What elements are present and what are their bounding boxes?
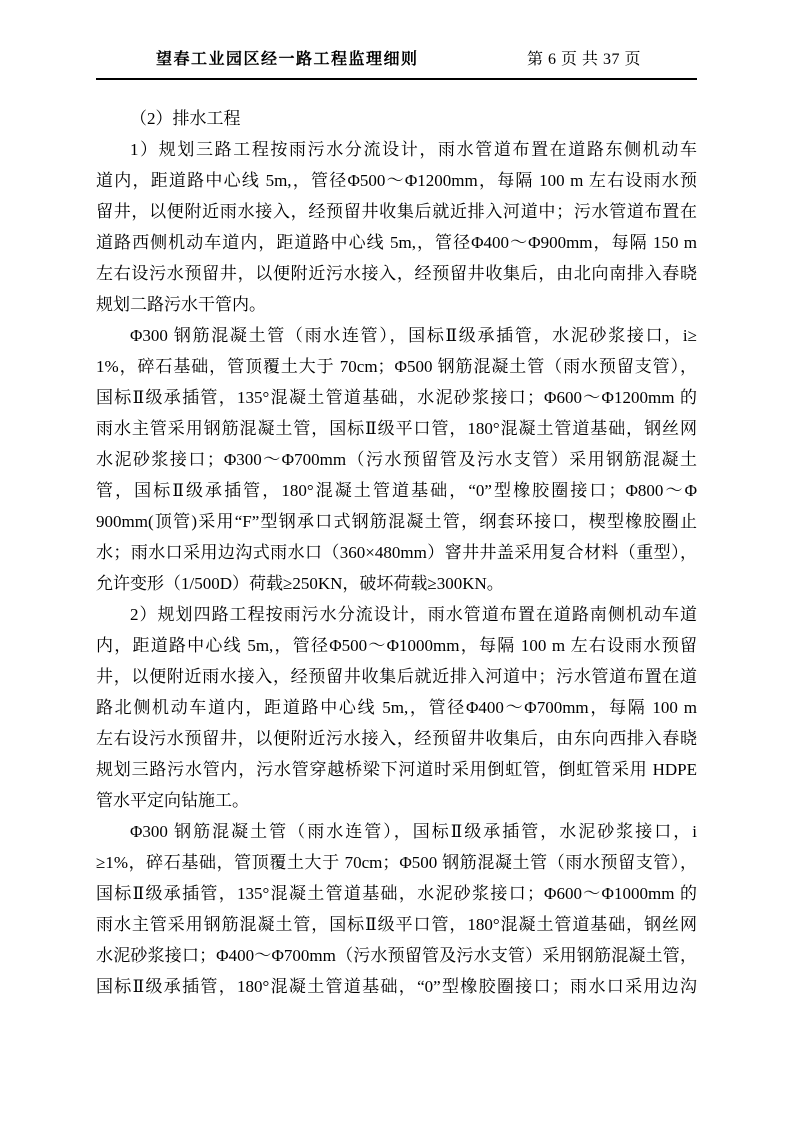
paragraph: 2）规划四路工程按雨污水分流设计，雨水管道布置在道路南侧机动车道内，距道路中心线… (96, 599, 697, 816)
text-line: 管，国标Ⅱ级承插管，180°混凝土管道基础，“0”型橡胶圈接口；Φ800～Φ (96, 475, 697, 506)
text-line: 2）规划四路工程按雨污水分流设计，雨水管道布置在道路南侧机动车道 (96, 599, 697, 630)
text-line: Φ300 钢筋混凝土管（雨水连管），国标Ⅱ级承插管，水泥砂浆接口，i (96, 816, 697, 847)
text-line: 国标Ⅱ级承插管，135°混凝土管道基础，水泥砂浆接口；Φ600～Φ1200mm … (96, 382, 697, 413)
text-line: 道内，距道路中心线 5m,，管径Φ500～Φ1200mm，每隔 100 m 左右… (96, 165, 697, 196)
text-line: 1）规划三路工程按雨污水分流设计，雨水管道布置在道路东侧机动车 (96, 134, 697, 165)
text-line: 井，以便附近雨水接入，经预留井收集后就近排入河道中；污水管道布置在道 (96, 661, 697, 692)
text-line: 900mm(顶管)采用“F”型钢承口式钢筋混凝土管，纲套环接口，楔型橡胶圈止 (96, 506, 697, 537)
text-line: 管水平定向钻施工。 (96, 785, 697, 816)
text-line: 允许变形（1/500D）荷载≥250KN，破坏荷载≥300KN。 (96, 568, 697, 599)
text-line: ≥1%，碎石基础，管顶覆土大于 70cm；Φ500 钢筋混凝土管（雨水预留支管）… (96, 847, 697, 878)
text-line: 水；雨水口采用边沟式雨水口（360×480mm）窨井井盖采用复合材料（重型）， (96, 537, 697, 568)
paragraph: （2）排水工程 (96, 103, 697, 134)
paragraph: Φ300 钢筋混凝土管（雨水连管），国标Ⅱ级承插管，水泥砂浆接口，i≥1%，碎石… (96, 320, 697, 599)
header-document-title: 望春工业园区经一路工程监理细则 (156, 46, 419, 69)
text-line: 规划三路污水管内，污水管穿越桥梁下河道时采用倒虹管，倒虹管采用 HDPE (96, 754, 697, 785)
text-line: 国标Ⅱ级承插管，180°混凝土管道基础，“0”型橡胶圈接口；雨水口采用边沟 (96, 971, 697, 1002)
text-line: 水泥砂浆接口；Φ400～Φ700mm（污水预留管及污水支管）采用钢筋混凝土管， (96, 940, 697, 971)
text-line: Φ300 钢筋混凝土管（雨水连管），国标Ⅱ级承插管，水泥砂浆接口，i≥ (96, 320, 697, 351)
text-line: 左右设污水预留井，以便附近污水接入，经预留井收集后，由东向西排入春晓 (96, 723, 697, 754)
paragraph: 1）规划三路工程按雨污水分流设计，雨水管道布置在道路东侧机动车道内，距道路中心线… (96, 134, 697, 320)
text-line: 路北侧机动车道内，距道路中心线 5m,，管径Φ400～Φ700mm，每隔 100… (96, 692, 697, 723)
text-line: 规划二路污水干管内。 (96, 289, 697, 320)
text-line: 水泥砂浆接口；Φ300～Φ700mm（污水预留管及污水支管）采用钢筋混凝土 (96, 444, 697, 475)
text-line: 国标Ⅱ级承插管，135°混凝土管道基础，水泥砂浆接口；Φ600～Φ1000mm … (96, 878, 697, 909)
document-page: 望春工业园区经一路工程监理细则 第 6 页 共 37 页 （2）排水工程1）规划… (0, 0, 793, 1122)
page-header: 望春工业园区经一路工程监理细则 第 6 页 共 37 页 (96, 46, 697, 80)
text-line: 道路西侧机动车道内，距道路中心线 5m,，管径Φ400～Φ900mm，每隔 15… (96, 227, 697, 258)
paragraph: Φ300 钢筋混凝土管（雨水连管），国标Ⅱ级承插管，水泥砂浆接口，i≥1%，碎石… (96, 816, 697, 1002)
text-line: 内，距道路中心线 5m,，管径Φ500～Φ1000mm，每隔 100 m 左右设… (96, 630, 697, 661)
text-line: （2）排水工程 (96, 103, 697, 134)
text-line: 左右设污水预留井，以便附近污水接入，经预留井收集后，由北向南排入春晓 (96, 258, 697, 289)
document-body: （2）排水工程1）规划三路工程按雨污水分流设计，雨水管道布置在道路东侧机动车道内… (96, 103, 697, 1002)
header-page-number: 第 6 页 共 37 页 (527, 46, 641, 69)
text-line: 留井，以便附近雨水接入，经预留井收集后就近排入河道中；污水管道布置在 (96, 196, 697, 227)
text-line: 雨水主管采用钢筋混凝土管，国标Ⅱ级平口管，180°混凝土管道基础，钢丝网 (96, 413, 697, 444)
text-line: 1%，碎石基础，管顶覆土大于 70cm；Φ500 钢筋混凝土管（雨水预留支管）， (96, 351, 697, 382)
text-line: 雨水主管采用钢筋混凝土管，国标Ⅱ级平口管，180°混凝土管道基础，钢丝网 (96, 909, 697, 940)
